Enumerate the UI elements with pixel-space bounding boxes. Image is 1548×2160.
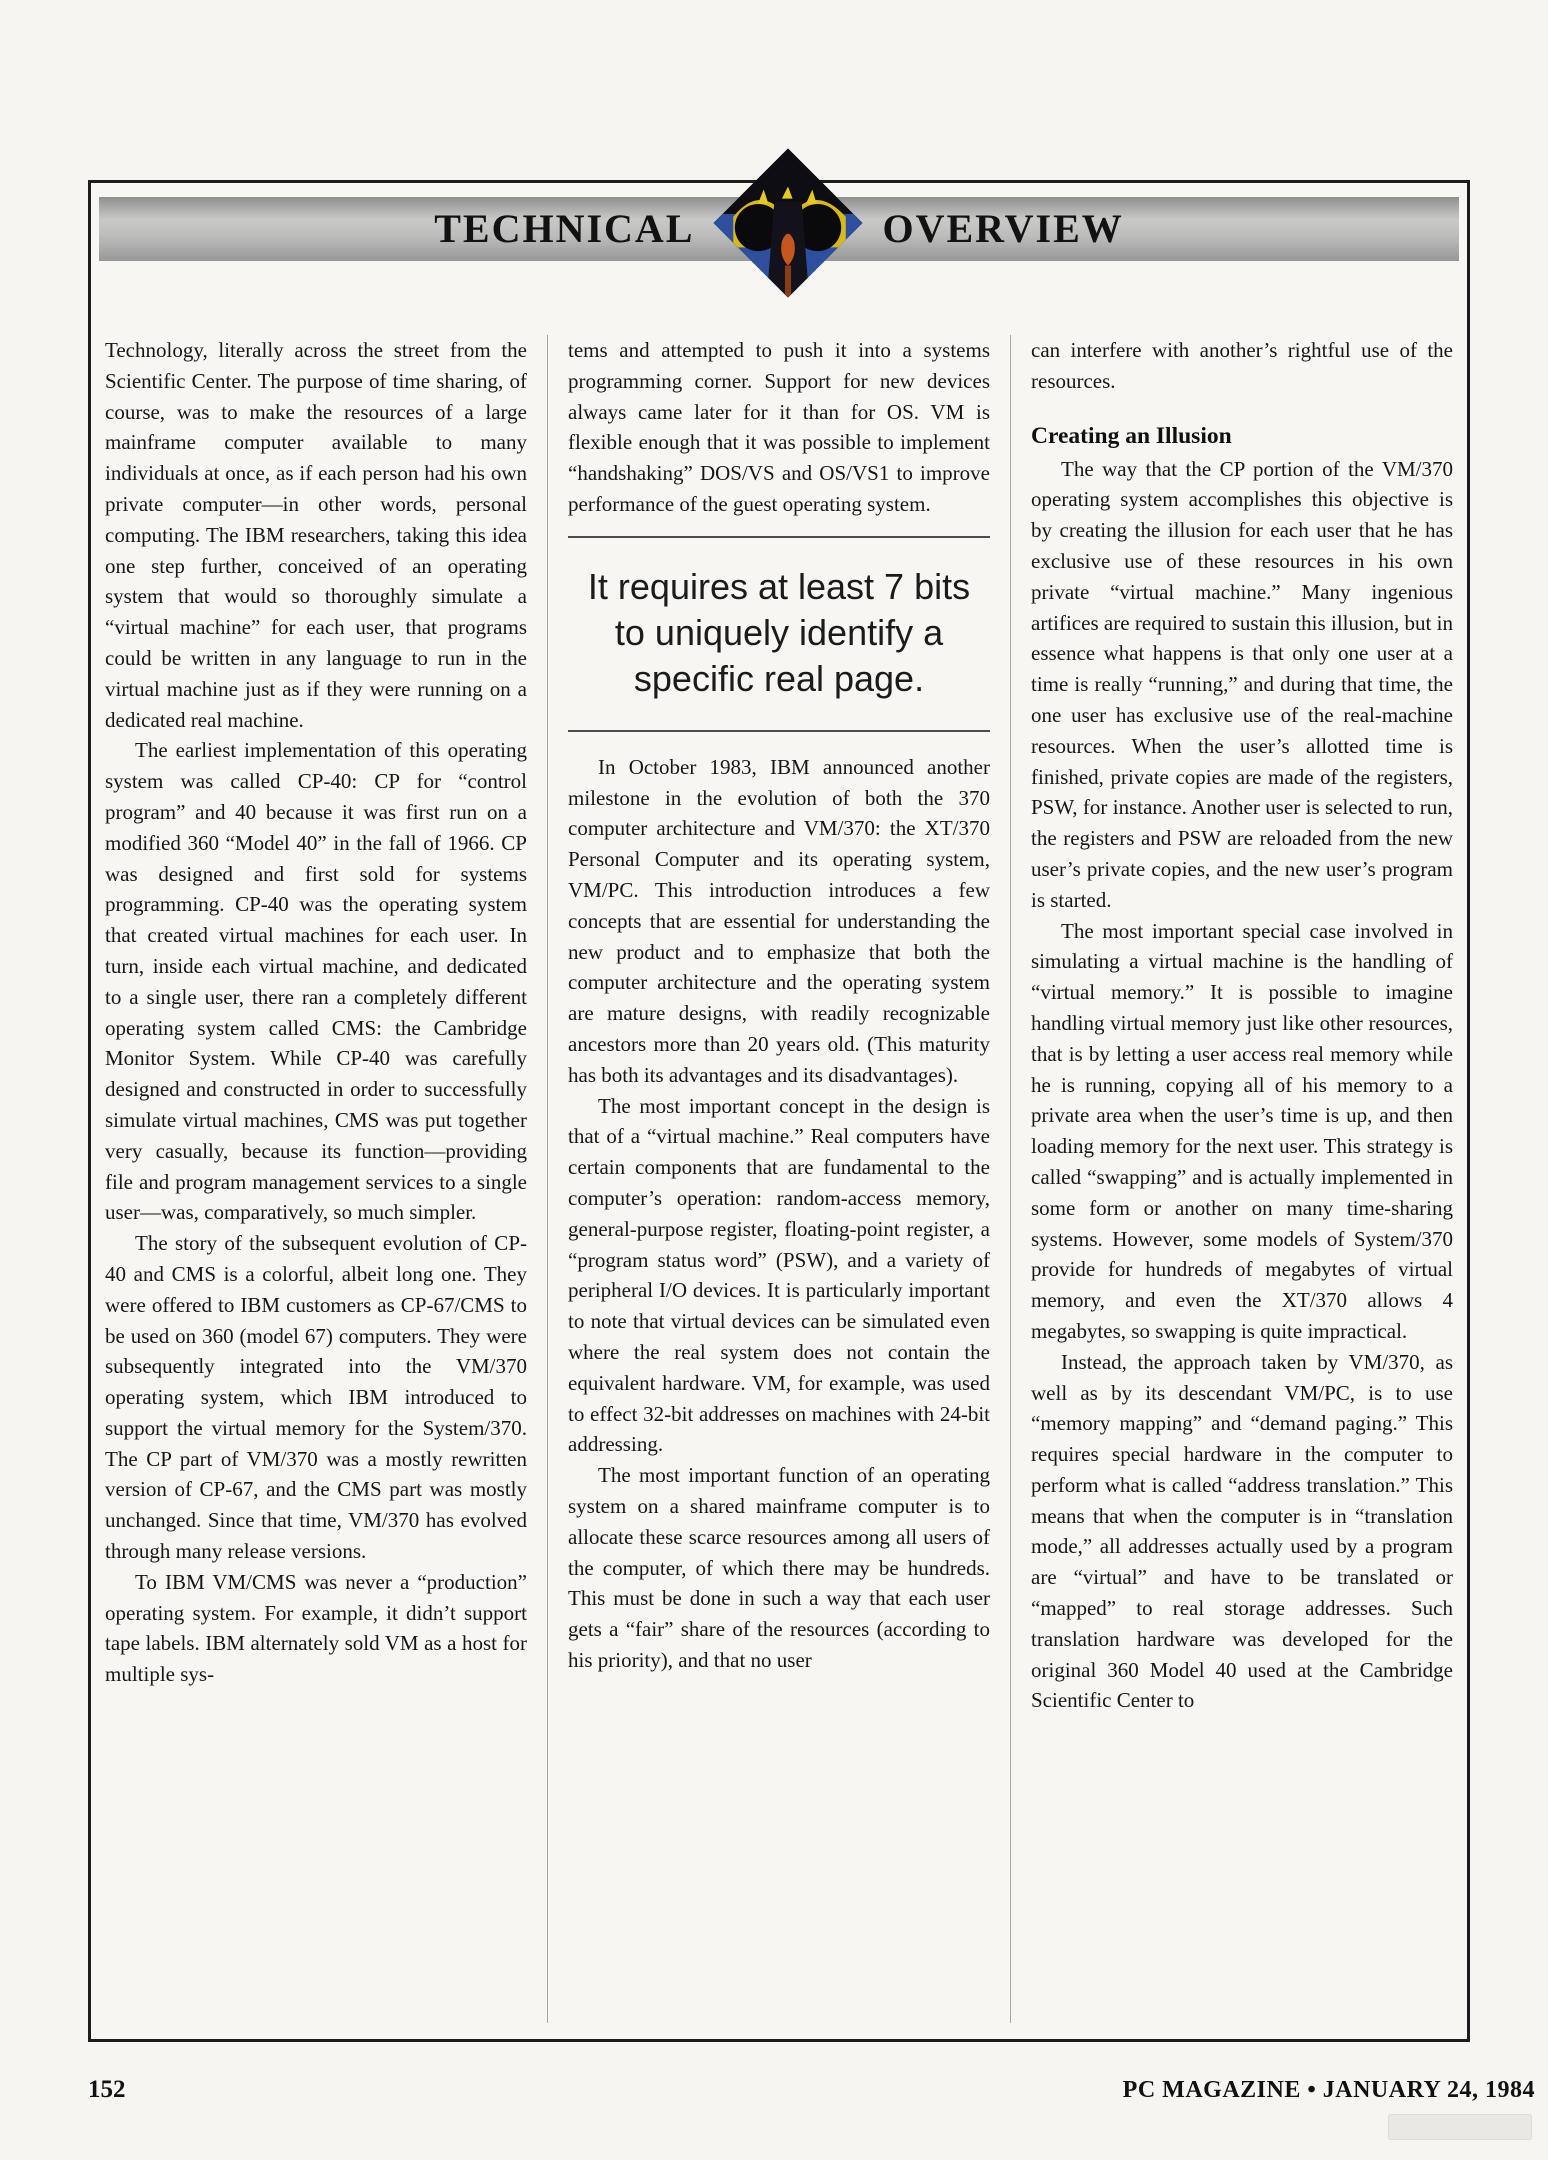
body-paragraph: In October 1983, IBM announced another m… <box>568 752 990 1091</box>
body-paragraph: Technology, literally across the street … <box>105 335 527 735</box>
scan-artifact <box>1388 2114 1532 2140</box>
body-paragraph: can interfere with another’s rightful us… <box>1031 335 1453 397</box>
article-columns: Technology, literally across the street … <box>103 335 1455 2023</box>
header-title-overview: OVERVIEW <box>882 209 1123 249</box>
article-column-1: Technology, literally across the street … <box>103 335 547 2023</box>
body-paragraph: The most important special case involved… <box>1031 916 1453 1347</box>
body-paragraph: tems and attempted to push it into a sys… <box>568 335 990 520</box>
article-column-3: can interfere with another’s rightful us… <box>1010 335 1455 2023</box>
body-paragraph: The most important function of an operat… <box>568 1460 990 1676</box>
page-footer: 152 PC MAGAZINE • JANUARY 24, 1984 <box>88 2076 1535 2104</box>
section-header-band: TECHNICAL OVERVIE <box>99 197 1459 261</box>
diamond-emblem-icon <box>712 147 864 299</box>
page-number: 152 <box>88 2076 126 2104</box>
article-column-2: tems and attempted to push it into a sys… <box>547 335 1010 2023</box>
body-paragraph: To IBM VM/CMS was never a “production” o… <box>105 1567 527 1690</box>
magazine-credit: PC MAGAZINE • JANUARY 24, 1984 <box>1123 2077 1535 2104</box>
body-paragraph: Instead, the approach taken by VM/370, a… <box>1031 1347 1453 1717</box>
body-paragraph: The way that the CP portion of the VM/37… <box>1031 454 1453 916</box>
body-paragraph: The most important concept in the design… <box>568 1091 990 1461</box>
body-paragraph: The earliest implementation of this oper… <box>105 735 527 1228</box>
header-title-technical: TECHNICAL <box>434 209 694 249</box>
body-paragraph: The story of the subsequent evolution of… <box>105 1228 527 1567</box>
pull-quote: It requires at least 7 bits to uniquely … <box>568 536 990 732</box>
section-heading: Creating an Illusion <box>1031 423 1453 450</box>
page-border-frame: TECHNICAL OVERVIE <box>88 180 1470 2042</box>
